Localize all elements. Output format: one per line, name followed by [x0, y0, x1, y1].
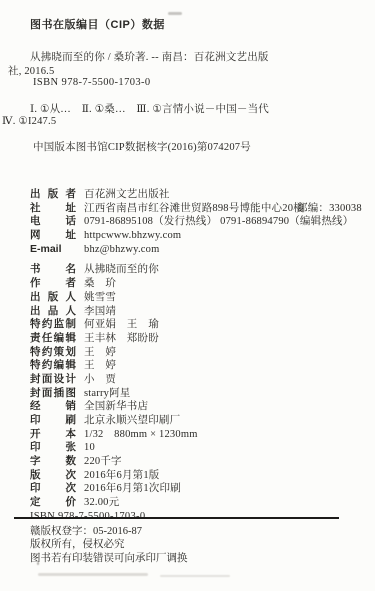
row-label: 特约编辑: [30, 359, 76, 373]
row-value: 江西省南昌市红谷滩世贸路898号博能中心20楼: [84, 203, 304, 214]
colophon-row-website: 网址httpcwww.bhzwy.com: [30, 229, 370, 243]
row-value: 百花洲文艺出版社: [84, 189, 170, 200]
row-value: 32.00元: [84, 497, 119, 508]
colophon-row-publisher-person: 出版人姚雪雪: [30, 291, 370, 305]
row-value: 李国靖: [84, 306, 116, 317]
colophon-row-producer: 出品人李国靖: [30, 305, 370, 319]
row-value: 2016年6月第1版: [84, 470, 160, 481]
copyright-registration: 赣版权登字：05-2016-87: [30, 525, 188, 538]
row-label: 作者: [30, 277, 76, 291]
row-value: 北京永顺兴望印刷厂: [84, 415, 180, 426]
colophon-row-supervisors: 特约监制何亚娟 王 瑜: [30, 318, 370, 332]
row-value: bhz@bhzwy.com: [84, 244, 159, 255]
colophon-row-impression: 印次2016年6月第1次印刷: [30, 482, 370, 496]
scan-artifact: [168, 12, 182, 15]
colophon-row-distribution: 经销全国新华书店: [30, 400, 370, 414]
row-label: 经销: [30, 400, 76, 414]
colophon-row-publisher: 出版者百花洲文艺出版社: [30, 188, 370, 202]
row-value: starry阿星: [84, 388, 131, 399]
row-value: 0791-86895108（发行热线） 0791-86894790（编辑热线）: [84, 216, 353, 227]
divider-rule: [14, 517, 339, 519]
cip-classification-line1: Ⅰ. ①从… Ⅱ. ①桑… Ⅲ. ①言情小说－中国－当代: [30, 101, 269, 116]
row-value: 1/32 880mm × 1230mm: [84, 429, 198, 440]
cip-classification-line2: Ⅳ. ①I247.5: [2, 115, 56, 127]
row-label: 封面设计: [30, 373, 76, 387]
row-value: 桑 玠: [84, 278, 116, 289]
colophon-row-cover-illustration: 封面插图starry阿星: [30, 387, 370, 401]
row-value: 220千字: [84, 456, 122, 467]
row-label: 字数: [30, 455, 76, 469]
row-label: 印刷: [30, 414, 76, 428]
footer-notices: 赣版权登字：05-2016-87 版权所有，侵权必究 图书若有印装错误可向承印厂…: [30, 525, 188, 565]
row-label: 书名: [30, 263, 76, 277]
row-label: E-mail: [30, 243, 76, 257]
row-label: 责任编辑: [30, 332, 76, 346]
colophon-row-address: 社址江西省南昌市红谷滩世贸路898号博能中心20楼邮编：330038: [30, 202, 370, 216]
colophon-row-format: 开本1/32 880mm × 1230mm: [30, 428, 370, 442]
row-value: 10: [84, 442, 95, 453]
colophon-row-phone: 电话0791-86895108（发行热线） 0791-86894790（编辑热线…: [30, 215, 370, 229]
postal-code: 邮编：330038: [297, 202, 362, 216]
row-value: 王丰林 郑盼盼: [84, 333, 159, 344]
colophon-row-price: 定价32.00元: [30, 496, 370, 510]
colophon-row-word-count: 字数220千字: [30, 455, 370, 469]
copyright-page: 图书在版编目（CIP）数据 从拂晓而至的你 / 桑玠著. -- 南昌：百花洲文艺…: [0, 0, 375, 591]
colophon-row-cover-design: 封面设计小 贾: [30, 373, 370, 387]
row-value: 王 婷: [84, 360, 116, 371]
row-value: 何亚娟 王 瑜: [84, 319, 159, 330]
row-value: 王 婷: [84, 347, 116, 358]
colophon-row-email: E-mailbhz@bhzwy.com: [30, 243, 370, 257]
row-label: 版次: [30, 469, 76, 483]
scan-artifact: [38, 573, 148, 576]
cip-header: 图书在版编目（CIP）数据: [30, 16, 165, 32]
row-value: 从拂晓而至的你: [84, 264, 159, 275]
row-value: 全国新华书店: [84, 401, 148, 412]
cip-entry-line1: 从拂晓而至的你 / 桑玠著. -- 南昌：百花洲文艺出版: [30, 49, 269, 64]
row-label: 特约监制: [30, 318, 76, 332]
row-label: 特约策划: [30, 346, 76, 360]
row-label: 定价: [30, 496, 76, 510]
colophon-row-author: 作者桑 玠: [30, 277, 370, 291]
scan-artifact: [160, 575, 230, 577]
colophon: 出版者百花洲文艺出版社 社址江西省南昌市红谷滩世贸路898号博能中心20楼邮编：…: [30, 188, 370, 524]
row-label: 电话: [30, 215, 76, 229]
copyright-notice: 版权所有，侵权必究: [30, 538, 188, 551]
colophon-row-planner: 特约策划王 婷: [30, 346, 370, 360]
row-label: 出版人: [30, 291, 76, 305]
row-value: 姚雪雪: [84, 292, 116, 303]
row-label: 网址: [30, 229, 76, 243]
colophon-row-editors: 责任编辑王丰林 郑盼盼: [30, 332, 370, 346]
cip-record-number: 中国版本图书馆CIP数据核字(2016)第074207号: [33, 139, 251, 154]
row-label: 社址: [30, 202, 76, 216]
colophon-row-edition: 版次2016年6月第1版: [30, 469, 370, 483]
cip-isbn: ISBN 978-7-5500-1703-0: [33, 77, 151, 88]
misprint-exchange-notice: 图书若有印装错误可向承印厂调换: [30, 552, 188, 565]
row-label: 印张: [30, 441, 76, 455]
row-label: 封面插图: [30, 387, 76, 401]
colophon-row-book-title: 书名从拂晓而至的你: [30, 263, 370, 277]
row-label: 出版者: [30, 188, 76, 202]
cip-entry-line2: 社, 2016.5: [8, 63, 54, 78]
row-label: 出品人: [30, 305, 76, 319]
row-value: 2016年6月第1次印刷: [84, 483, 181, 494]
colophon-row-special-editor: 特约编辑王 婷: [30, 359, 370, 373]
row-label: 印次: [30, 482, 76, 496]
colophon-row-printing: 印刷北京永顺兴望印刷厂: [30, 414, 370, 428]
row-label: 开本: [30, 428, 76, 442]
colophon-row-sheets: 印张10: [30, 441, 370, 455]
row-value: httpcwww.bhzwy.com: [84, 230, 181, 241]
row-value: 小 贾: [84, 374, 116, 385]
